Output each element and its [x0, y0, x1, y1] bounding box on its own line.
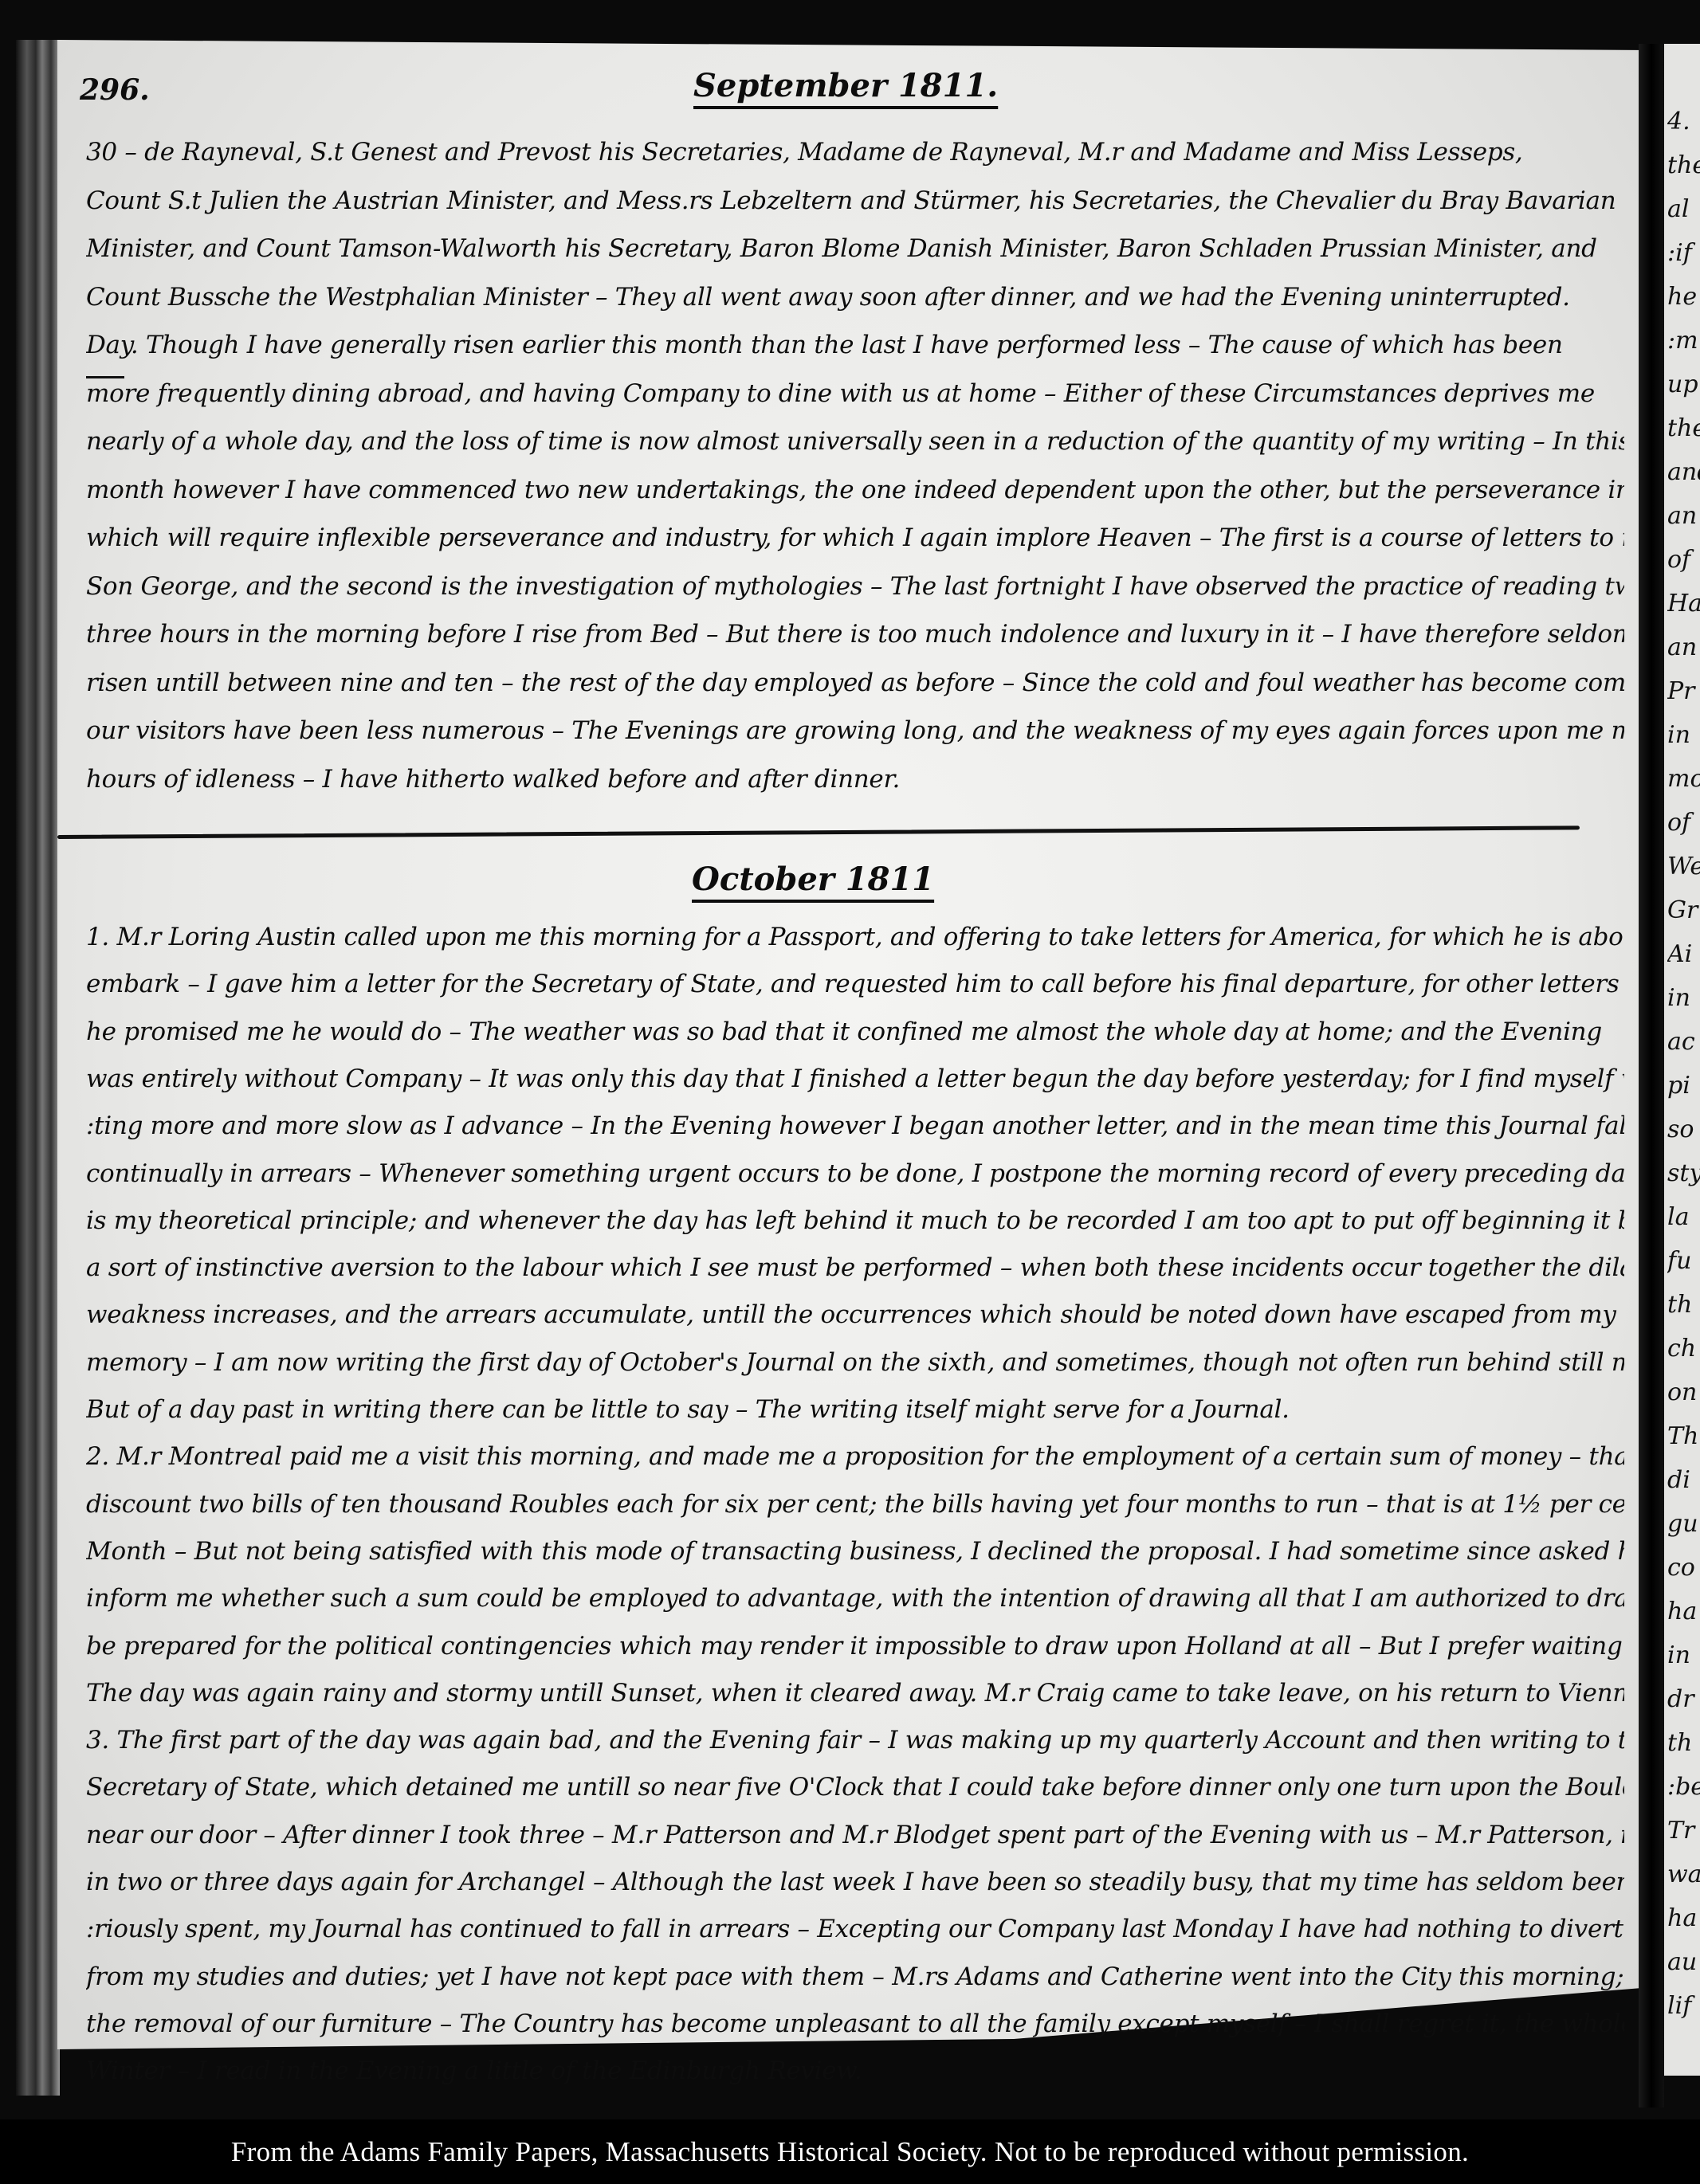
facing-page-fragment: up — [1667, 363, 1700, 406]
facing-page-fragment: :m — [1667, 319, 1700, 363]
day-underline — [86, 376, 124, 378]
facing-page-fragment: :if — [1667, 231, 1700, 275]
facing-page-fragment: the — [1667, 143, 1700, 187]
manuscript-line: Day. Though I have generally risen earli… — [86, 328, 1624, 362]
facing-page-fragment: Pr — [1667, 669, 1700, 713]
manuscript-line: more frequently dining abroad, and havin… — [86, 377, 1624, 410]
manuscript-line: inform me whether such a sum could be em… — [86, 1582, 1624, 1615]
facing-page-fragment: an — [1667, 494, 1700, 538]
facing-page-fragment: Ha — [1667, 582, 1700, 625]
manuscript-line: month however I have commenced two new u… — [86, 473, 1624, 507]
facing-page-fragment: mo — [1667, 757, 1700, 801]
facing-page-fragment: of — [1667, 801, 1700, 845]
facing-page-fragment: Ai — [1667, 932, 1700, 976]
section-heading-september: September 1811. — [693, 67, 998, 104]
manuscript-line: Count Bussche the Westphalian Minister –… — [86, 280, 1624, 314]
facing-page-fragment: in — [1667, 976, 1700, 1020]
page-number: 296. — [80, 73, 150, 107]
book-binding-edge — [16, 40, 60, 2096]
manuscript-line: :riously spent, my Journal has continued… — [86, 1912, 1624, 1946]
facing-page-fragment: ac — [1667, 1020, 1700, 1064]
facing-page-fragment: on — [1667, 1370, 1700, 1414]
manuscript-line: weakness increases, and the arrears accu… — [86, 1298, 1624, 1331]
facing-page-fragment: la — [1667, 1195, 1700, 1239]
manuscript-line: :ting more and more slow as I advance – … — [86, 1109, 1624, 1143]
section-heading-october: October 1811 — [692, 861, 934, 898]
manuscript-line: the removal of our furniture – The Count… — [86, 2007, 1624, 2041]
manuscript-line: Count S.t Julien the Austrian Minister, … — [86, 184, 1624, 218]
facing-page-fragment: di — [1667, 1458, 1700, 1502]
manuscript-line: is my theoretical principle; and wheneve… — [86, 1204, 1624, 1237]
manuscript-line: our visitors have been less numerous – T… — [86, 714, 1624, 747]
facing-page-fragment: au — [1667, 1940, 1700, 1984]
facing-page-text-fragments: 4.theal:ifhe:muptheandanofHaanPrinmoofWe… — [1667, 100, 1700, 2028]
facing-page-fragment: gu — [1667, 1502, 1700, 1546]
manuscript-line: nearly of a whole day, and the loss of t… — [86, 425, 1624, 458]
manuscript-line: risen untill between nine and ten – the … — [86, 666, 1624, 700]
facing-page-fragment: al — [1667, 187, 1700, 231]
facing-page-fragment: ch — [1667, 1327, 1700, 1370]
manuscript-line: Son George, and the second is the invest… — [86, 570, 1624, 603]
manuscript-line: be prepared for the political contingenc… — [86, 1629, 1624, 1663]
facing-page-fragment: th — [1667, 1283, 1700, 1327]
facing-page-fragment: in — [1667, 713, 1700, 757]
facing-page-fragment: co — [1667, 1546, 1700, 1590]
manuscript-line: in two or three days again for Archangel… — [86, 1865, 1624, 1899]
facing-page-fragment: ha — [1667, 1896, 1700, 1940]
manuscript-line: 3. The first part of the day was again b… — [86, 1723, 1624, 1757]
manuscript-line: hours of idleness – I have hitherto walk… — [86, 763, 1624, 796]
facing-page-fragment: sty — [1667, 1151, 1700, 1195]
copyright-footer: From the Adams Family Papers, Massachuse… — [0, 2119, 1700, 2184]
manuscript-line: 2. M.r Montreal paid me a visit this mor… — [86, 1440, 1624, 1473]
facing-page-fragment: Gr — [1667, 888, 1700, 932]
facing-page-fragment: lif — [1667, 1984, 1700, 2028]
manuscript-line: But of a day past in writing there can b… — [86, 1393, 1624, 1426]
facing-page-fragment: :be — [1667, 1765, 1700, 1809]
facing-page-fragment: the — [1667, 406, 1700, 450]
facing-page-fragment: 4. — [1667, 100, 1700, 143]
facing-page-fragment: ha — [1667, 1590, 1700, 1633]
manuscript-line: from my studies and duties; yet I have n… — [86, 1960, 1624, 1994]
facing-page-fragment: Tr — [1667, 1809, 1700, 1853]
manuscript-line: memory – I am now writing the first day … — [86, 1346, 1624, 1379]
facing-page-fragment: pi — [1667, 1064, 1700, 1108]
microfilm-scan: 4.theal:ifhe:muptheandanofHaanPrinmoofWe… — [0, 0, 1700, 2119]
facing-page-fragment: fu — [1667, 1239, 1700, 1283]
facing-page-fragment: We — [1667, 845, 1700, 888]
facing-page-fragment: th — [1667, 1721, 1700, 1765]
manuscript-line: continually in arrears – Whenever someth… — [86, 1157, 1624, 1190]
facing-page-fragment: so — [1667, 1108, 1700, 1151]
book-gutter — [1639, 44, 1664, 2108]
manuscript-line: he promised me he would do – The weather… — [86, 1015, 1624, 1049]
facing-page-fragment: wa — [1667, 1853, 1700, 1896]
manuscript-line: Minister, and Count Tamson-Walworth his … — [86, 232, 1624, 265]
facing-page-fragment: and — [1667, 450, 1700, 494]
manuscript-line: The day was again rainy and stormy until… — [86, 1676, 1624, 1710]
manuscript-line: three hours in the morning before I rise… — [86, 618, 1624, 651]
facing-page-fragment: dr — [1667, 1677, 1700, 1721]
manuscript-line: Secretary of State, which detained me un… — [86, 1770, 1624, 1804]
manuscript-line: Winter – I read in the Evening a little … — [86, 2054, 1624, 2088]
facing-page-fragment: in — [1667, 1633, 1700, 1677]
manuscript-line: which will require inflexible perseveran… — [86, 521, 1624, 555]
facing-page-fragment: an — [1667, 625, 1700, 669]
facing-page-fragment: he — [1667, 275, 1700, 319]
manuscript-line: a sort of instinctive aversion to the la… — [86, 1251, 1624, 1284]
manuscript-line: 30 – de Rayneval, S.t Genest and Prevost… — [86, 135, 1624, 169]
manuscript-line: 1. M.r Loring Austin called upon me this… — [86, 920, 1624, 954]
manuscript-line: embark – I gave him a letter for the Sec… — [86, 967, 1624, 1001]
facing-page-fragment: Th — [1667, 1414, 1700, 1458]
manuscript-line: near our door – After dinner I took thre… — [86, 1818, 1624, 1852]
facing-page-fragment: of — [1667, 538, 1700, 582]
manuscript-line: Month – But not being satisfied with thi… — [86, 1535, 1624, 1568]
manuscript-line: was entirely without Company – It was on… — [86, 1062, 1624, 1096]
manuscript-line: discount two bills of ten thousand Roubl… — [86, 1488, 1624, 1521]
